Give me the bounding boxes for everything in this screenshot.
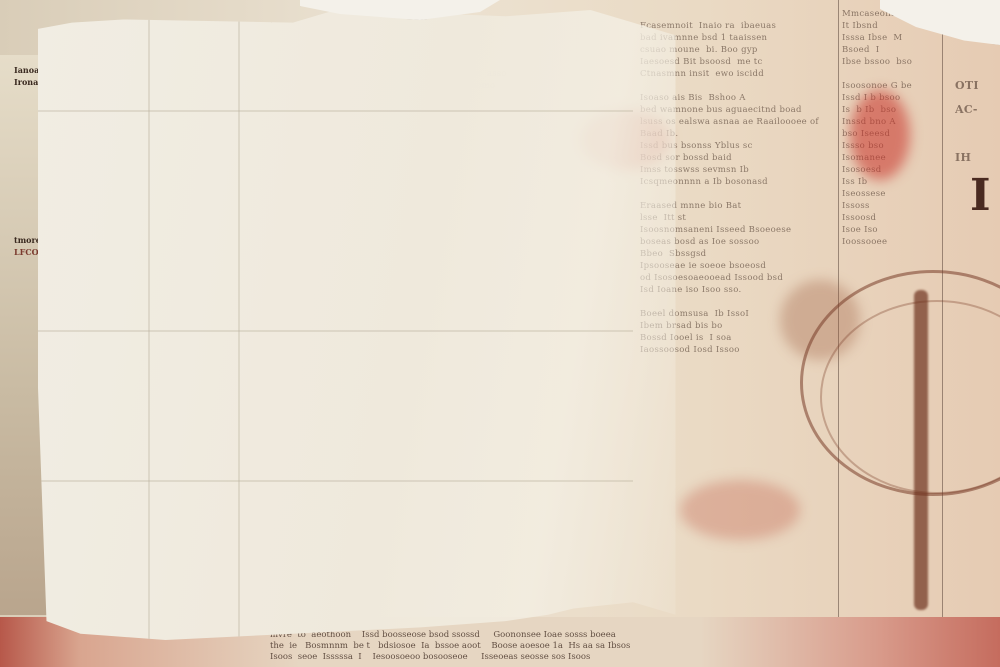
paper-crease xyxy=(38,110,633,112)
red-ink-stain xyxy=(850,90,910,180)
headline-fragment: I xyxy=(970,170,991,221)
stain-drip xyxy=(914,290,928,610)
paper-crease xyxy=(38,480,633,482)
bottom-newspaper-text: mvre to aeothoon Issd boosseose bsod sso… xyxy=(270,630,970,663)
red-ink-stain xyxy=(680,480,800,540)
scrap-text: Irona xyxy=(14,77,38,87)
paper-crease xyxy=(38,330,633,332)
collage-scene: jpar Isiomma bsoet lsoasut Insosorsd Iot… xyxy=(0,0,1000,667)
paper-crease xyxy=(148,10,150,640)
paper-crease xyxy=(238,10,240,640)
